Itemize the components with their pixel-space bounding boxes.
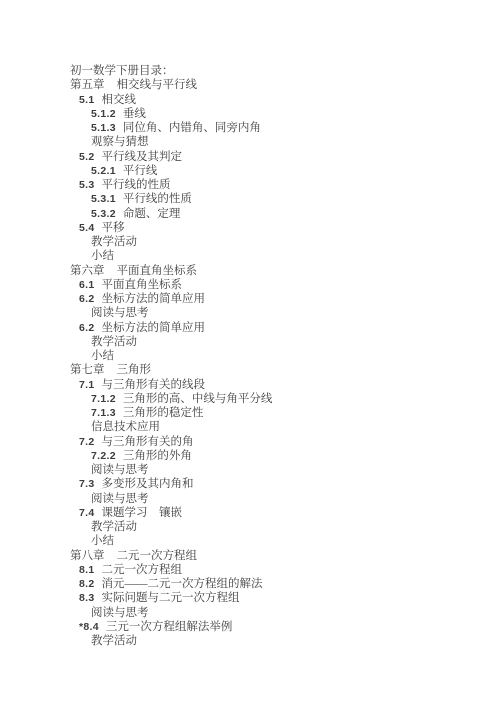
- toc-line-number: 5.1.2: [91, 107, 116, 121]
- toc-line-text: 平行线的性质: [102, 179, 171, 191]
- toc-line: 阅读与思考: [70, 606, 480, 620]
- toc-line: 8.2消元——二元一次方程组的解法: [70, 577, 480, 591]
- toc-line: 6.1平面直角坐标系: [70, 278, 480, 292]
- toc-line-text: 平行线: [123, 165, 158, 177]
- toc-line-text: 教学活动: [91, 521, 137, 533]
- toc-line: 7.1.2三角形的高、中线与角平分线: [70, 392, 480, 406]
- toc-line: 观察与猜想: [70, 135, 480, 149]
- toc-line-number: 5.3.2: [91, 207, 116, 221]
- toc-line: 5.2.1平行线: [70, 164, 480, 178]
- toc-line-text: 与三角形有关的角: [102, 436, 194, 448]
- toc-line-text: 三元一次方程组解法举例: [106, 621, 233, 633]
- toc-line-text: 课题学习 镶嵌: [102, 507, 183, 519]
- toc-line-number: 7.1.2: [91, 392, 116, 406]
- toc-line-number: 6.2: [79, 321, 95, 335]
- toc-line-text: 三角形: [117, 364, 152, 376]
- toc-line: 阅读与思考: [70, 306, 480, 320]
- toc-line-text: 相交线: [102, 94, 137, 106]
- toc-line-text: 三角形的高、中线与角平分线: [123, 393, 273, 405]
- toc-line: 8.1二元一次方程组: [70, 563, 480, 577]
- toc-line-number: 5.2: [79, 150, 95, 164]
- toc-line-number: 8.3: [79, 591, 95, 605]
- toc-line-text: 教学活动: [91, 635, 137, 647]
- toc-line-text: 相交线与平行线: [117, 79, 198, 91]
- toc-line: 教学活动: [70, 335, 480, 349]
- toc-line-text: 消元——二元一次方程组的解法: [102, 578, 263, 590]
- toc-line: 6.2坐标方法的简单应用: [70, 292, 480, 306]
- toc-line: 5.1.3同位角、内错角、同旁内角: [70, 121, 480, 135]
- toc-line-text: 二元一次方程组: [117, 550, 198, 562]
- toc-chapter-line: 第八章二元一次方程组: [70, 549, 480, 563]
- toc-line-text: 命题、定理: [123, 208, 181, 220]
- toc-line-text: 小结: [91, 350, 114, 362]
- toc-line-number: 6.2: [79, 292, 95, 306]
- toc-line: 阅读与思考: [70, 492, 480, 506]
- toc-line-text: 坐标方法的简单应用: [102, 293, 206, 305]
- toc-line-number: 5.1.3: [91, 121, 116, 135]
- toc-line-number: 5.1: [79, 93, 95, 107]
- toc-line: 教学活动: [70, 520, 480, 534]
- document-page: 初一数学下册目录： 第五章相交线与平行线5.1相交线5.1.2垂线5.1.3同位…: [0, 0, 500, 707]
- toc-line-number: 5.3: [79, 178, 95, 192]
- toc-chapter-line: 第七章三角形: [70, 363, 480, 377]
- toc-line: 7.3多变形及其内角和: [70, 477, 480, 491]
- toc-line-text: 阅读与思考: [91, 493, 149, 505]
- toc-line-number: 7.4: [79, 506, 95, 520]
- toc-line-text: 坐标方法的简单应用: [102, 322, 206, 334]
- toc-line: 小结: [70, 249, 480, 263]
- toc-line-number: 7.3: [79, 477, 95, 491]
- toc-line: 小结: [70, 349, 480, 363]
- toc-line-number: *8.4: [79, 620, 99, 634]
- toc-line-text: 小结: [91, 250, 114, 262]
- toc-line: 7.4课题学习 镶嵌: [70, 506, 480, 520]
- toc-line-text: 教学活动: [91, 336, 137, 348]
- toc-line-number: 6.1: [79, 278, 95, 292]
- toc-line: 5.4平移: [70, 221, 480, 235]
- toc-line: 5.1相交线: [70, 93, 480, 107]
- toc-line: 6.2坐标方法的简单应用: [70, 321, 480, 335]
- toc-line-number: 7.1.3: [91, 406, 116, 420]
- toc-chapter-line: 第六章平面直角坐标系: [70, 264, 480, 278]
- toc-line: 8.3实际问题与二元一次方程组: [70, 591, 480, 605]
- toc-line-number: 第七章: [70, 363, 105, 377]
- toc-line-text: 二元一次方程组: [102, 564, 183, 576]
- toc-line-text: 教学活动: [91, 236, 137, 248]
- toc-line: 教学活动: [70, 235, 480, 249]
- toc-line: 阅读与思考: [70, 463, 480, 477]
- toc-line-text: 小结: [91, 535, 114, 547]
- toc-line: 信息技术应用: [70, 420, 480, 434]
- toc-line-text: 平行线的性质: [123, 193, 192, 205]
- toc-line-text: 观察与猜想: [91, 136, 149, 148]
- toc-line: 7.1.3三角形的稳定性: [70, 406, 480, 420]
- toc-line-text: 多变形及其内角和: [102, 478, 194, 490]
- toc-line: 教学活动: [70, 634, 480, 648]
- page-title: 初一数学下册目录：: [70, 64, 480, 78]
- toc-line-text: 垂线: [123, 108, 146, 120]
- toc-line-text: 平面直角坐标系: [102, 279, 183, 291]
- toc-line-number: 7.2.2: [91, 449, 116, 463]
- toc-line: 小结: [70, 534, 480, 548]
- toc-line-text: 阅读与思考: [91, 464, 149, 476]
- toc-line: 5.3.1平行线的性质: [70, 192, 480, 206]
- toc-line-text: 信息技术应用: [91, 421, 160, 433]
- toc-line: 5.3.2命题、定理: [70, 207, 480, 221]
- toc-line: 7.2与三角形有关的角: [70, 435, 480, 449]
- toc-line-text: 三角形的稳定性: [123, 407, 204, 419]
- toc-line-text: 三角形的外角: [123, 450, 192, 462]
- toc-line-number: 8.2: [79, 577, 95, 591]
- toc-line: 5.1.2垂线: [70, 107, 480, 121]
- toc-line: 7.1与三角形有关的线段: [70, 378, 480, 392]
- toc-line-number: 5.4: [79, 221, 95, 235]
- toc-line-number: 第八章: [70, 549, 105, 563]
- toc-line-text: 平行线及其判定: [102, 151, 183, 163]
- toc-line: *8.4三元一次方程组解法举例: [70, 620, 480, 634]
- toc-line-number: 第五章: [70, 78, 105, 92]
- toc-line: 7.2.2三角形的外角: [70, 449, 480, 463]
- toc-line-number: 7.2: [79, 435, 95, 449]
- toc-line-text: 与三角形有关的线段: [102, 379, 206, 391]
- toc-line-number: 5.2.1: [91, 164, 116, 178]
- toc-line-number: 7.1: [79, 378, 95, 392]
- toc-line-number: 8.1: [79, 563, 95, 577]
- toc-line-number: 第六章: [70, 264, 105, 278]
- toc-line-text: 实际问题与二元一次方程组: [102, 592, 240, 604]
- toc-line: 5.3平行线的性质: [70, 178, 480, 192]
- toc-line-number: 5.3.1: [91, 192, 116, 206]
- toc-line-text: 同位角、内错角、同旁内角: [123, 122, 261, 134]
- toc-line-text: 平移: [102, 222, 125, 234]
- toc-line-text: 平面直角坐标系: [117, 265, 198, 277]
- table-of-contents: 初一数学下册目录： 第五章相交线与平行线5.1相交线5.1.2垂线5.1.3同位…: [70, 64, 480, 648]
- toc-line-text: 阅读与思考: [91, 607, 149, 619]
- toc-line-text: 阅读与思考: [91, 307, 149, 319]
- toc-chapter-line: 第五章相交线与平行线: [70, 78, 480, 92]
- toc-line: 5.2平行线及其判定: [70, 150, 480, 164]
